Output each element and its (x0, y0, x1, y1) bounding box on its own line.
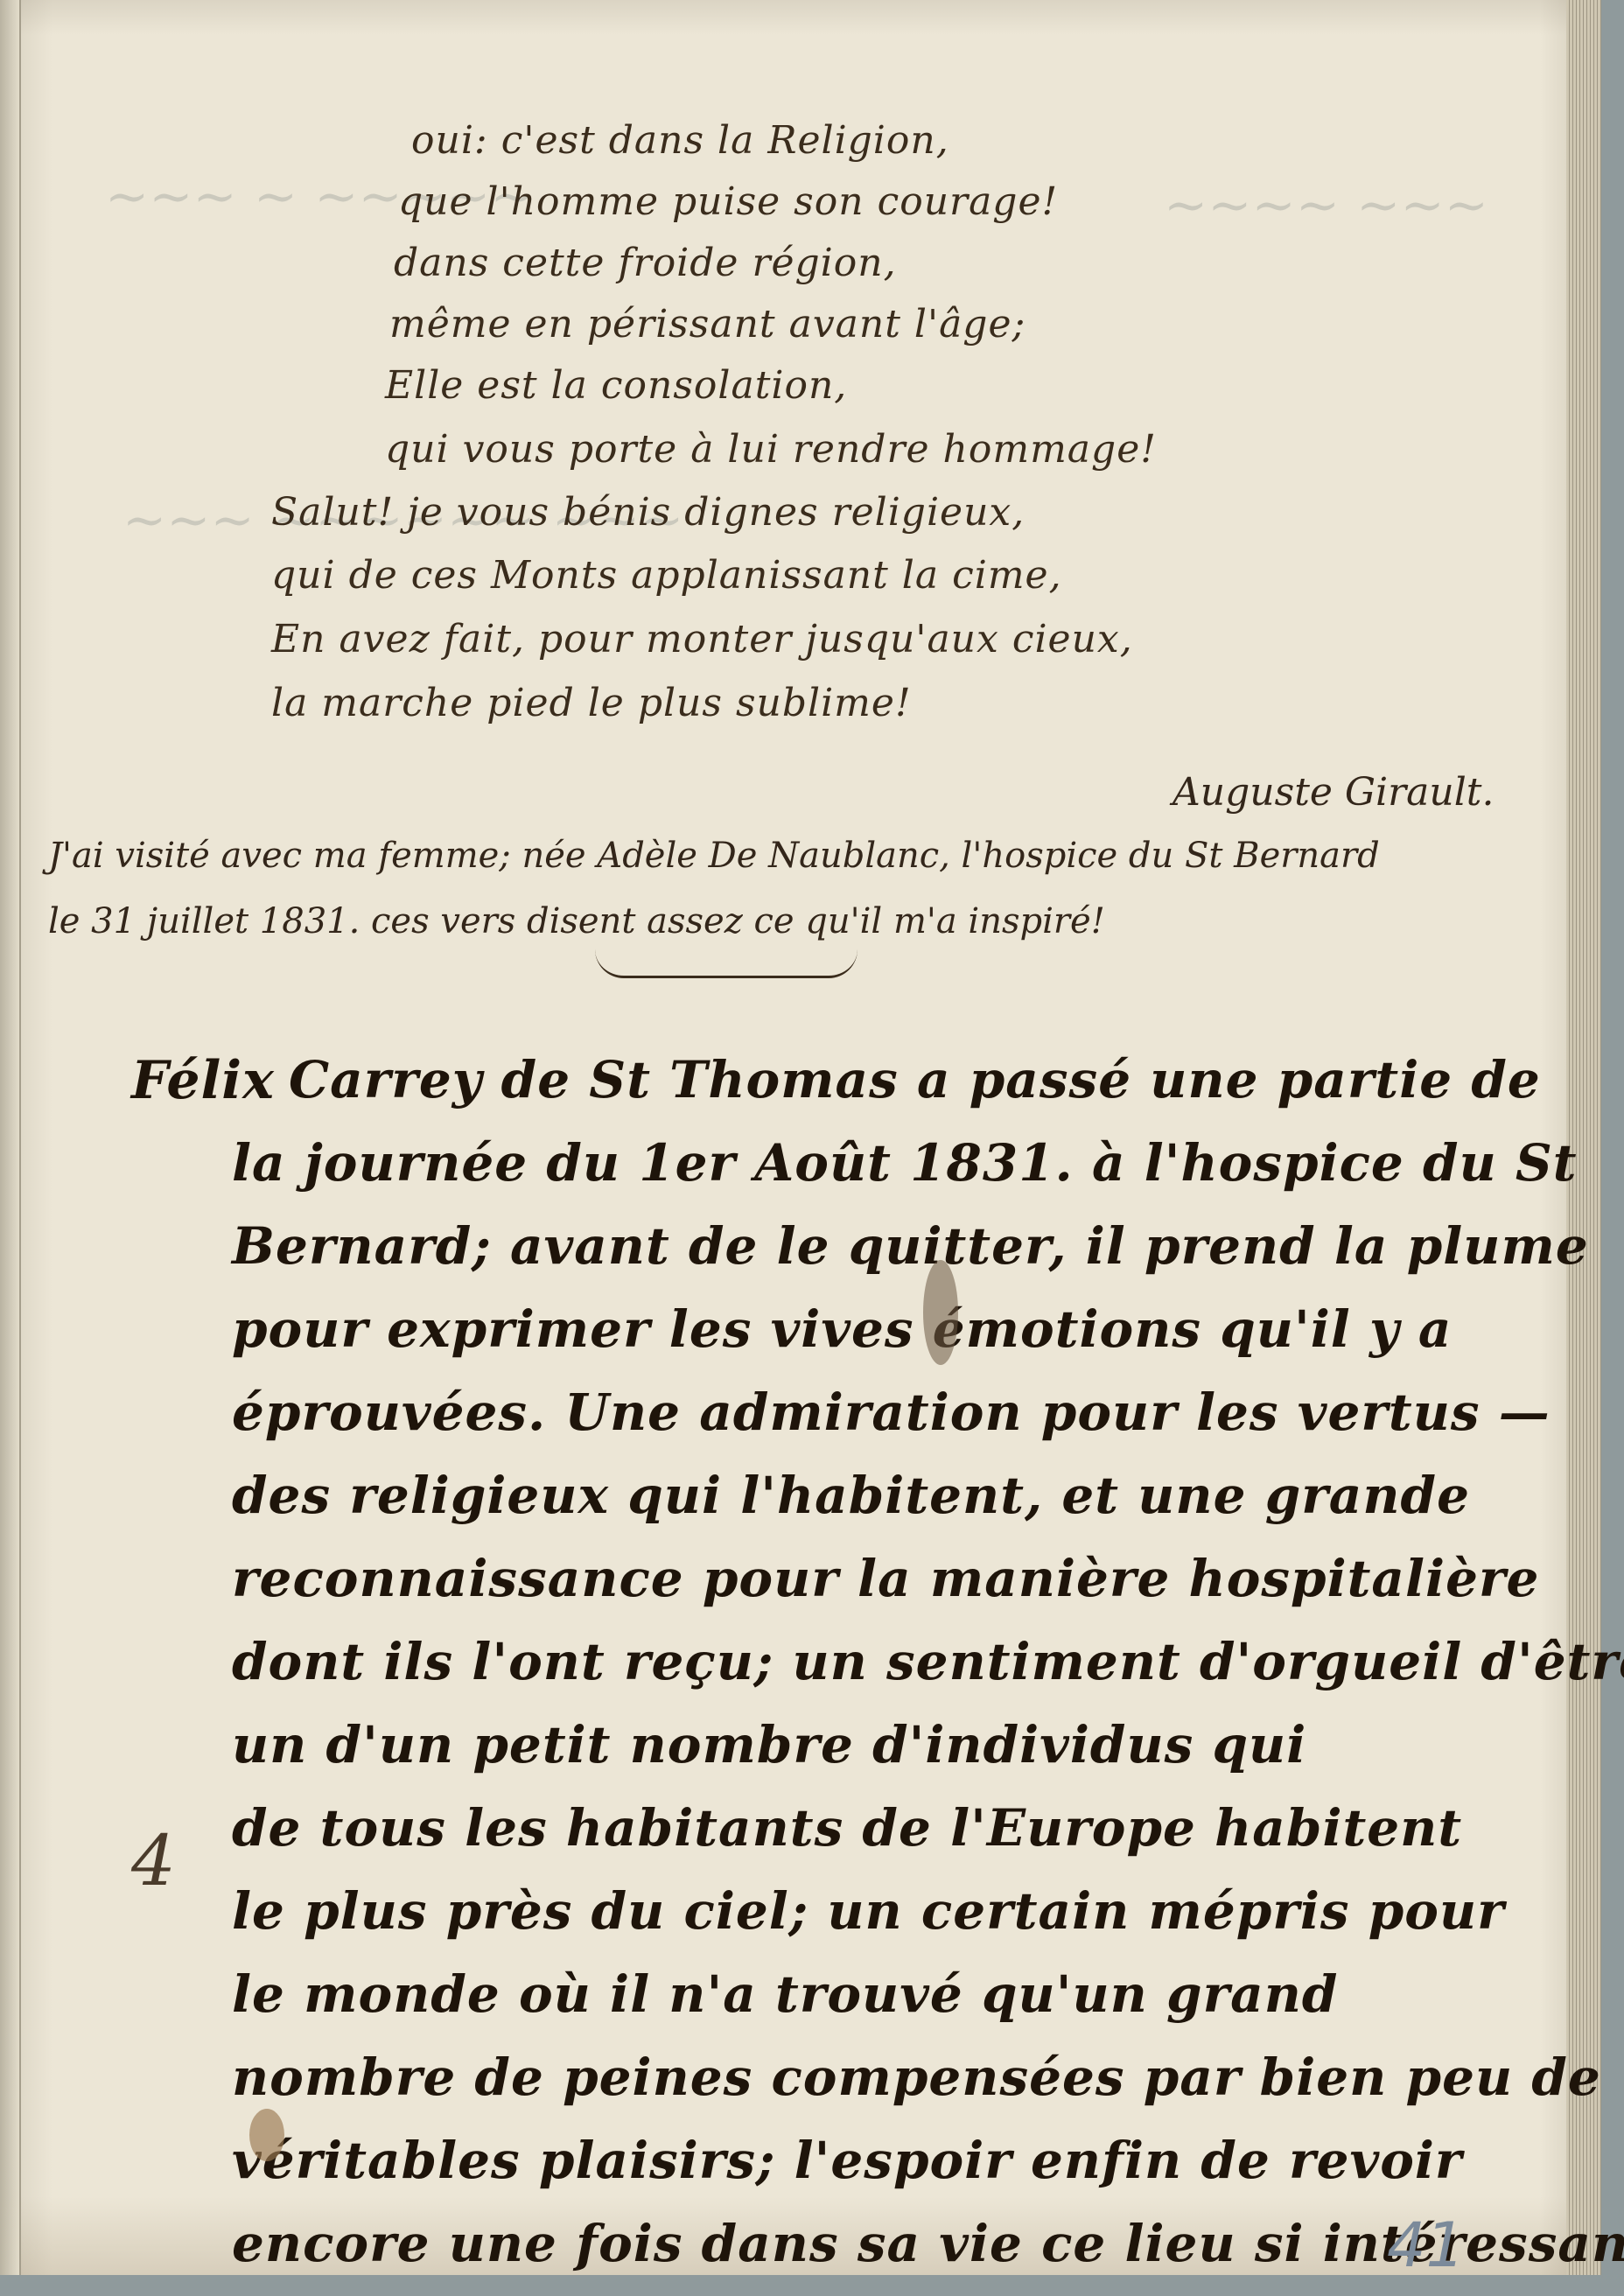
poem-line: que l'homme puise son courage! (398, 179, 1058, 224)
entry-line: pour exprimer les vives émotions qu'il y… (232, 1299, 1452, 1359)
poem-line: la marche pied le plus sublime! (271, 681, 912, 725)
margin-mark: 4 (131, 1820, 176, 1901)
poem-line: Salut! je vous bénis dignes religieux, (271, 490, 1025, 535)
entry-line: dont ils l'ont reçu; un sentiment d'orgu… (232, 1632, 1624, 1691)
entry-line: éprouvées. Une admiration pour les vertu… (232, 1382, 1550, 1442)
entry-line: des religieux qui l'habitent, et une gra… (232, 1466, 1470, 1525)
entry-line: Carrey de St Thomas a passé une partie d… (289, 1050, 1541, 1109)
note-line: J'ai visité avec ma femme; née Adèle De … (48, 836, 1380, 876)
water-stain (249, 2109, 284, 2161)
book-gutter (0, 0, 21, 2275)
manuscript-page: ~~~ ~ ~~~~~ ~~~ ~~~~~~ ~~~ ~~~~ ~~~ oui:… (0, 0, 1601, 2275)
poem-line: dans cette froide région, (394, 241, 897, 285)
entry-line: Bernard; avant de le quitter, il prend l… (232, 1216, 1589, 1276)
underline-flourish (595, 949, 857, 978)
entry-line: un d'un petit nombre d'individus qui (232, 1715, 1306, 1774)
poem-line: qui vous porte à lui rendre hommage! (385, 427, 1157, 472)
entry-line: nombre de peines compensées par bien peu… (232, 2047, 1601, 2107)
entry-line: le monde où il n'a trouvé qu'un grand (232, 1964, 1338, 2024)
entry-line: véritables plaisirs; l'espoir enfin de r… (232, 2131, 1462, 2190)
signature: Auguste Girault. (1172, 770, 1494, 815)
poem-line: Elle est la consolation, (385, 363, 847, 408)
poem-line: oui: c'est dans la Religion, (411, 118, 949, 163)
margin-name: Félix (131, 1050, 275, 1111)
entry-line: de tous les habitants de l'Europe habite… (232, 1798, 1462, 1858)
poem-line: En avez fait, pour monter jusqu'aux cieu… (271, 617, 1133, 661)
page-number: 41 (1387, 2209, 1465, 2281)
bleed-through-text: ~~~~ ~~~ (1164, 175, 1488, 236)
entry-line: la journée du 1er Août 1831. à l'hospice… (232, 1133, 1578, 1193)
note-line: le 31 juillet 1831. ces vers disent asse… (48, 901, 1105, 941)
entry-line: le plus près du ciel; un certain mépris … (232, 1881, 1505, 1941)
ink-blot (923, 1260, 958, 1365)
entry-line: reconnaissance pour la manière hospitali… (232, 1549, 1539, 1608)
poem-line: qui de ces Monts applanissant la cime, (271, 553, 1062, 598)
poem-line: même en périssant avant l'âge; (389, 302, 1025, 346)
